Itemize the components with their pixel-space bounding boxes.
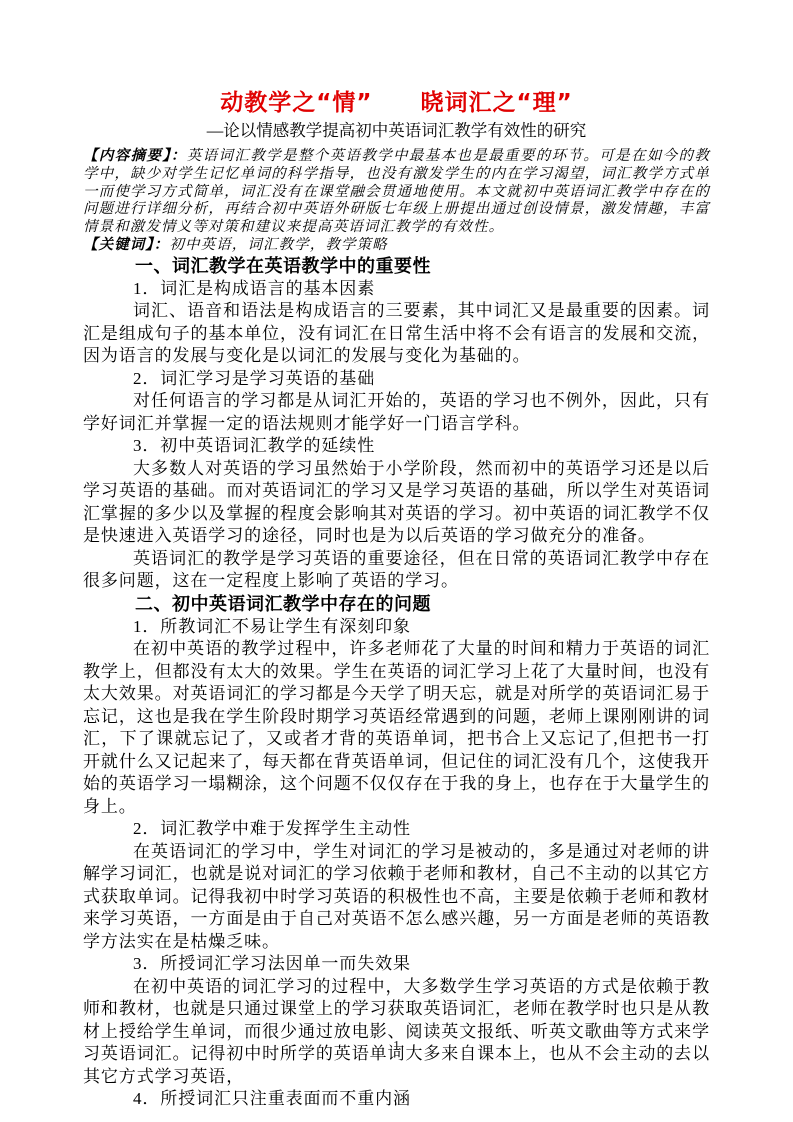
subheading-1-3: 3．初中英语词汇教学的延续性 [83,435,710,458]
page-number: 1 [0,1038,793,1056]
subheading-2-3: 3．所授词汇学习法因单一而失效果 [83,953,710,976]
keywords-text: 初中英语，词汇教学，教学策略 [169,237,387,253]
subheading-1-2: 2．词汇学习是学习英语的基础 [83,368,710,391]
keywords: 【关键词】：初中英语，词汇教学，教学策略 [83,237,710,255]
keywords-label: 【关键词】： [83,237,169,253]
abstract: 【内容摘要】：英语词汇教学是整个英语教学中最基本也是最重要的环节。可是在如今的教… [83,148,710,237]
paragraph: 在初中英语的教学过程中，许多老师花了大量的时间和精力于英语的词汇教学上，但都没有… [83,638,710,818]
paragraph: 对任何语言的学习都是从词汇开始的，英语的学习也不例外，因此，只有学好词汇并掌握一… [83,390,710,435]
document-page: 动教学之“情” 晓词汇之“理” —论以情感教学提高初中英语词汇教学有效性的研究 … [83,88,710,1111]
paragraph: 在英语词汇的学习中，学生对词汇的学习是被动的，多是通过对老师的讲解学习词汇，也就… [83,841,710,954]
paragraph: 在初中英语的词汇学习的过程中，大多数学生学习英语的方式是依赖于教师和教材，也就是… [83,976,710,1089]
paragraph: 词汇、语音和语法是构成语言的三要素，其中词汇又是最重要的因素。词汇是组成句子的基… [83,300,710,368]
subheading-2-4: 4．所授词汇只注重表面而不重内涵 [83,1088,710,1111]
abstract-label: 【内容摘要】： [83,148,187,164]
subheading-2-2: 2．词汇教学中难于发挥学生主动性 [83,818,710,841]
subheading-2-1: 1．所教词汇不易让学生有深刻印象 [83,616,710,639]
paragraph: 大多数人对英语的学习虽然始于小学阶段，然而初中的英语学习还是以后学习英语的基础。… [83,458,710,548]
doc-title: 动教学之“情” 晓词汇之“理” [83,88,710,118]
section-heading-2: 二、初中英语词汇教学中存在的问题 [83,593,710,616]
doc-subtitle: —论以情感教学提高初中英语词汇教学有效性的研究 [83,120,710,142]
section-heading-1: 一、词汇教学在英语教学中的重要性 [83,255,710,278]
paragraph: 英语词汇的教学是学习英语的重要途径，但在日常的英语词汇教学中存在很多问题，这在一… [83,548,710,593]
subheading-1-1: 1．词汇是构成语言的基本因素 [83,278,710,301]
